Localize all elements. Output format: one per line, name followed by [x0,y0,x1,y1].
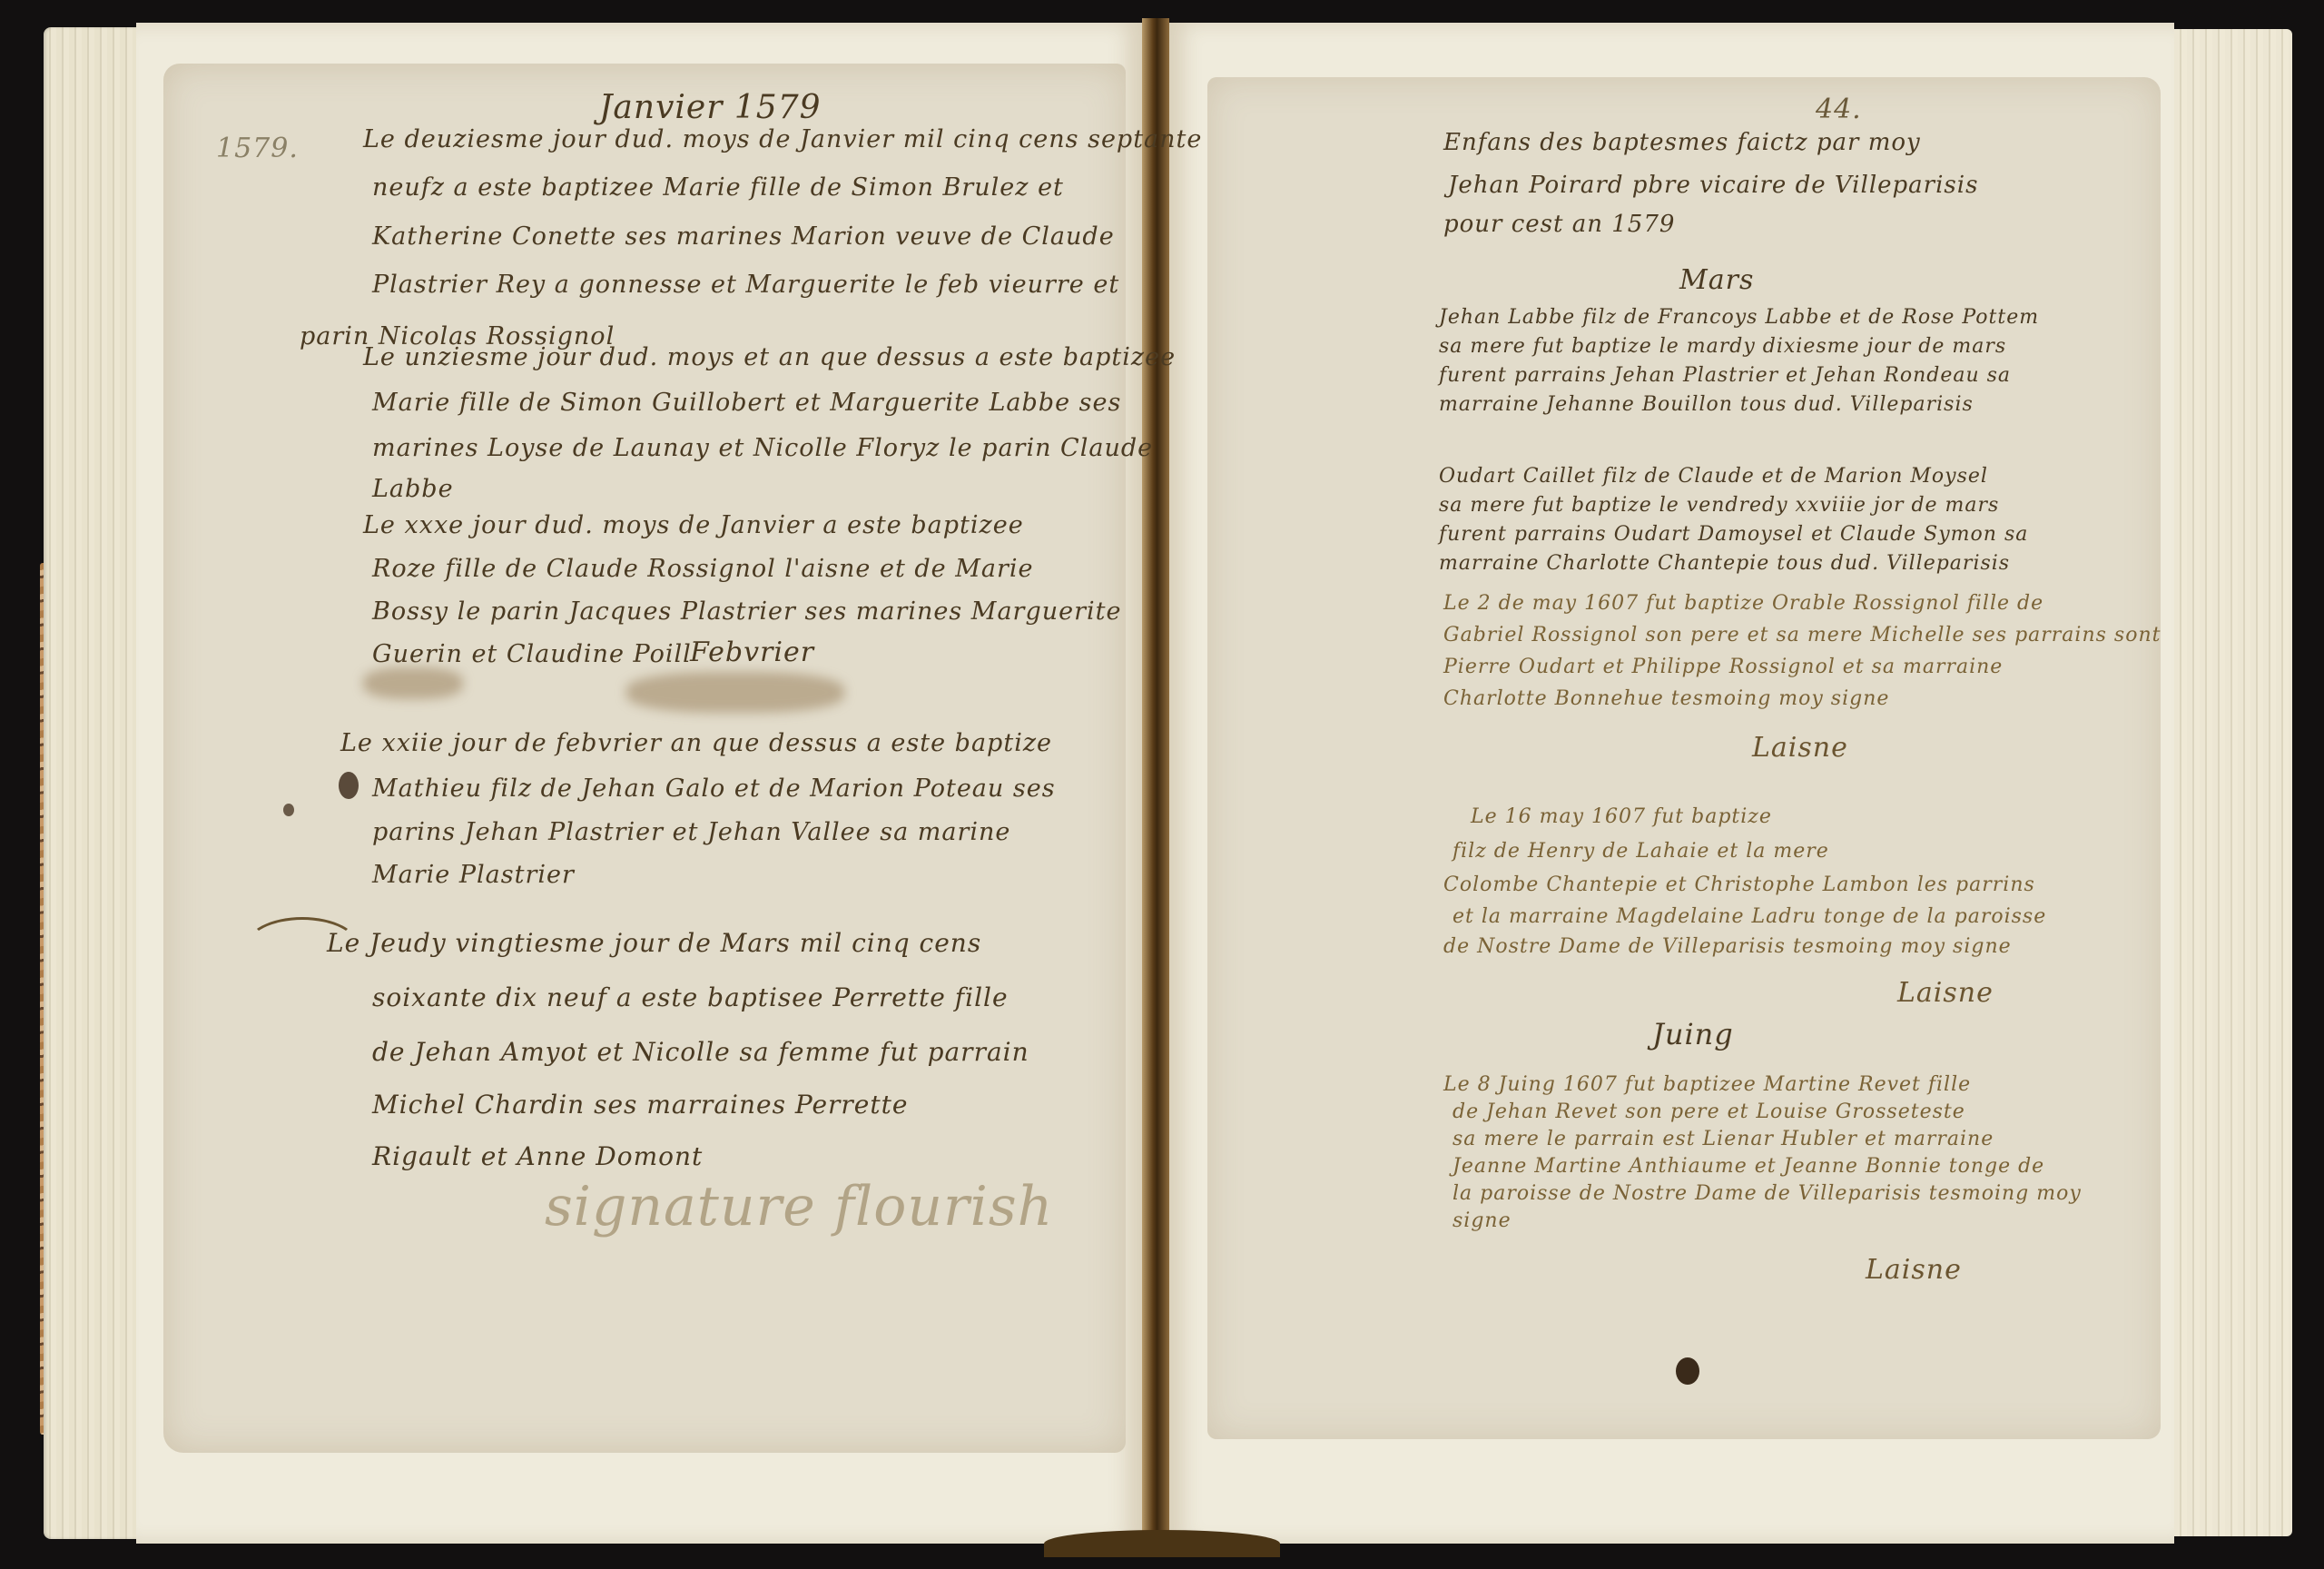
signature: Laisne [1866,1244,1962,1297]
signature: Laisne [1752,722,1848,775]
book-gutter [1142,18,1169,1553]
entry-line: Charlotte Bonnehue tesmoing moy signe [1443,681,1889,717]
margin-year: 1579. [216,123,299,175]
entry-line: marines Loyse de Launay et Nicolle Flory… [372,422,1153,475]
page-stack-right [2174,29,2292,1536]
entry-line: filz de Henry de Lahaie et la mere [1452,834,1829,870]
signature: Laisne [1897,967,1994,1020]
entry-line: marraine Jehanne Bouillon tous dud. Vill… [1439,387,1974,423]
entry-line: signe [1452,1203,1512,1239]
entry-line: la paroisse de Nostre Dame de Villeparis… [1452,1176,2082,1212]
entry-line: de Nostre Dame de Villeparisis tesmoing … [1443,929,2012,965]
entry-line: Le 2 de may 1607 fut baptize Orable Ross… [1443,586,2043,622]
ink-blot [283,804,294,816]
entry-line: Colombe Chantepie et Christophe Lambon l… [1443,867,2035,903]
ink-blot [1676,1357,1699,1385]
page-stack-left [44,27,148,1539]
entry-line: marraine Charlotte Chantepie tous dud. V… [1439,546,2010,582]
entry-line: neufz a este baptizee Marie fille de Sim… [372,162,1064,214]
initial-flourish [245,917,359,977]
ink-smudge [363,667,463,699]
entry-line: Michel Chardin ses marraines Perrette [372,1079,908,1131]
spine-foot [1044,1530,1280,1557]
register-title-line: pour cest an 1579 [1443,198,1675,251]
ink-blot [339,772,359,799]
entry-line: soixante dix neuf a este baptisee Perret… [372,972,1009,1024]
entry-line: de Jehan Amyot et Nicolle sa femme fut p… [372,1026,1029,1079]
open-book: 1579. Janvier 1579 Le deuziesme jour dud… [0,0,2324,1569]
entry-line: Katherine Conette ses marines Marion veu… [372,211,1115,263]
entry-line: Le Jeudy vingtiesme jour de Mars mil cin… [327,917,981,970]
entry-line: Marie Plastrier [372,849,575,902]
crossed-out-smudge [626,672,844,713]
month-heading-juing: Juing [1652,1008,1734,1061]
entry-line: Pierre Oudart et Philippe Rossignol et s… [1443,649,2003,686]
faded-signature: signature flourish [545,1180,1053,1233]
entry-line: Le 16 may 1607 fut baptize [1471,799,1772,835]
entry-line: Le deuziesme jour dud. moys de Janvier m… [363,113,1202,166]
entry-line: Gabriel Rossignol son pere et sa mere Mi… [1443,617,2161,654]
entry-line: Plastrier Rey a gonnesse et Marguerite l… [372,259,1119,311]
